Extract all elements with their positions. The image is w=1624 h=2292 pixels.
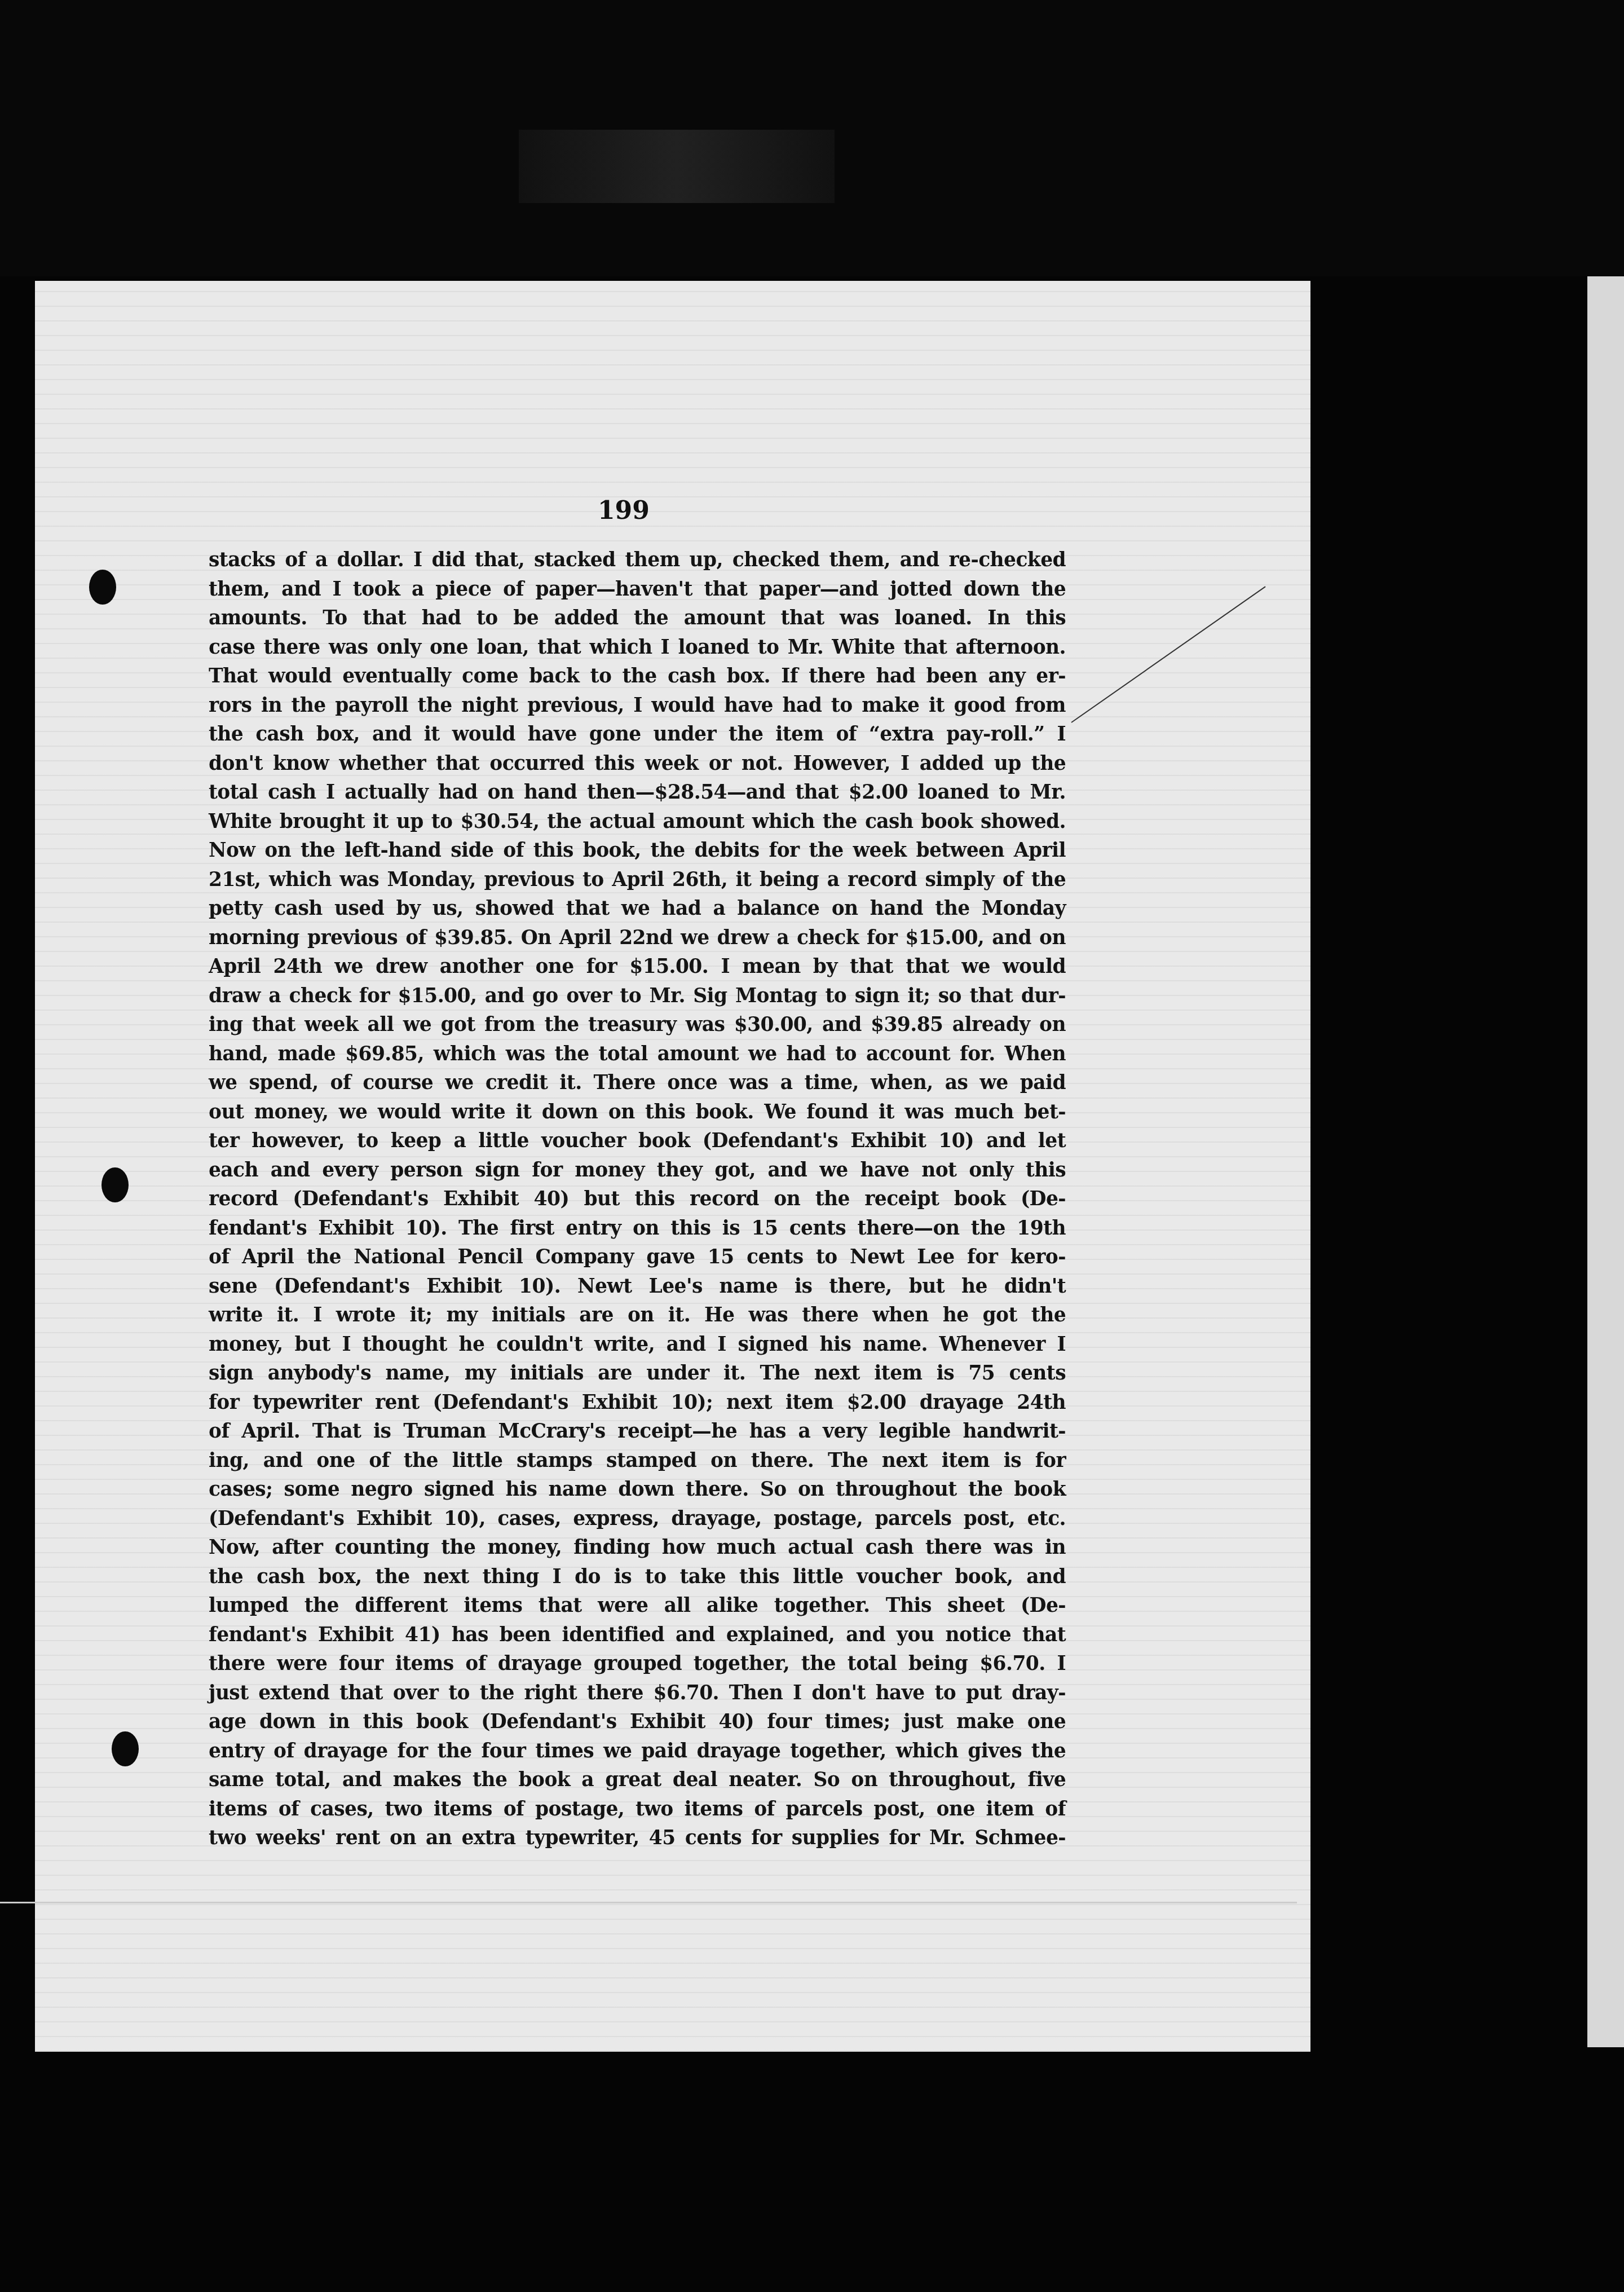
text-line: age down in this book (Defendant's Exhib…	[209, 1708, 1066, 1737]
scan-top-margin	[0, 0, 1624, 276]
text-line: total cash I actually had on hand then—$…	[209, 778, 1066, 808]
text-line: write it. I wrote it; my initials are on…	[209, 1301, 1066, 1330]
text-line: fendant's Exhibit 41) has been identifie…	[209, 1621, 1066, 1650]
text-line: don't know whether that occurred this we…	[209, 750, 1066, 779]
binding-hole	[89, 570, 116, 605]
text-line: ing that week all we got from the treasu…	[209, 1011, 1066, 1040]
binding-hole	[112, 1731, 139, 1766]
text-line: 21st, which was Monday, previous to Apri…	[209, 866, 1066, 895]
text-line: sign anybody's name, my initials are und…	[209, 1359, 1066, 1389]
text-line: case there was only one loan, that which…	[209, 633, 1066, 663]
text-line: ter however, to keep a little voucher bo…	[209, 1127, 1066, 1156]
text-line: stacks of a dollar. I did that, stacked …	[209, 546, 1066, 575]
text-line: them, and I took a piece of paper—haven'…	[209, 575, 1066, 605]
text-line: items of cases, two items of postage, tw…	[209, 1795, 1066, 1824]
adjacent-page-edge	[1587, 276, 1624, 2047]
text-line: Now on the left-hand side of this book, …	[209, 836, 1066, 866]
text-line: petty cash used by us, showed that we ha…	[209, 894, 1066, 924]
text-line: each and every person sign for money the…	[209, 1156, 1066, 1185]
text-line: we spend, of course we credit it. There …	[209, 1069, 1066, 1098]
text-line: money, but I thought he couldn't write, …	[209, 1330, 1066, 1360]
text-line: fendant's Exhibit 10). The first entry o…	[209, 1214, 1066, 1244]
text-line: the cash box, the next thing I do is to …	[209, 1563, 1066, 1592]
text-line: ing, and one of the little stamps stampe…	[209, 1447, 1066, 1476]
text-line: of April. That is Truman McCrary's recei…	[209, 1417, 1066, 1447]
text-line: two weeks' rent on an extra typewriter, …	[209, 1824, 1066, 1853]
page-number: 199	[598, 496, 650, 525]
binding-hole	[101, 1167, 129, 1202]
text-line: amounts. To that had to be added the amo…	[209, 604, 1066, 633]
text-line: April 24th we drew another one for $15.0…	[209, 953, 1066, 982]
text-line: (Defendant's Exhibit 10), cases, express…	[209, 1505, 1066, 1534]
text-line: for typewriter rent (Defendant's Exhibit…	[209, 1389, 1066, 1418]
text-line: That would eventually come back to the c…	[209, 662, 1066, 691]
text-line: rors in the payroll the night previous, …	[209, 691, 1066, 721]
scan-artifact-line	[0, 1902, 1297, 1903]
text-line: lumped the different items that were all…	[209, 1592, 1066, 1621]
text-line: draw a check for $15.00, and go over to …	[209, 982, 1066, 1011]
text-line: morning previous of $39.85. On April 22n…	[209, 924, 1066, 953]
text-line: White brought it up to $30.54, the actua…	[209, 808, 1066, 837]
text-line: same total, and makes the book a great d…	[209, 1766, 1066, 1795]
text-line: of April the National Pencil Company gav…	[209, 1243, 1066, 1272]
text-line: the cash box, and it would have gone und…	[209, 720, 1066, 750]
text-line: just extend that over to the right there…	[209, 1679, 1066, 1708]
text-line: out money, we would write it down on thi…	[209, 1098, 1066, 1127]
text-line: cases; some negro signed his name down t…	[209, 1475, 1066, 1505]
text-line: there were four items of drayage grouped…	[209, 1650, 1066, 1679]
ghost-print	[519, 130, 835, 203]
text-line: entry of drayage for the four times we p…	[209, 1737, 1066, 1766]
text-line: hand, made $69.85, which was the total a…	[209, 1040, 1066, 1069]
text-line: Now, after counting the money, finding h…	[209, 1533, 1066, 1563]
text-line: sene (Defendant's Exhibit 10). Newt Lee'…	[209, 1272, 1066, 1302]
body-text: stacks of a dollar. I did that, stacked …	[209, 546, 1066, 1853]
text-line: record (Defendant's Exhibit 40) but this…	[209, 1185, 1066, 1214]
